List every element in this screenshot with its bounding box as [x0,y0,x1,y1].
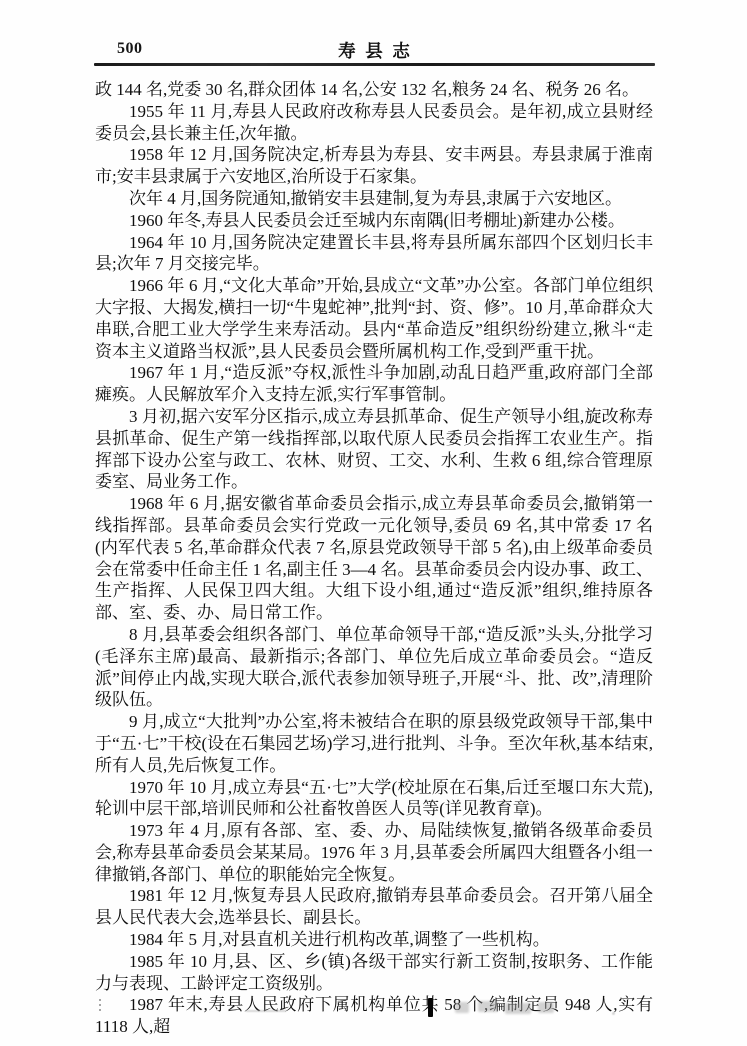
paragraph: 1958 年 12 月,国务院决定,析寿县为寿县、安丰两县。寿县隶属于淮南市;安… [95,144,653,188]
paragraph: 政 144 名,党委 30 名,群众团体 14 名,公安 132 名,粮务 24… [95,79,653,101]
scan-artifact-dash [246,1010,286,1012]
paragraph: 1960 年冬,寿县人民委员会迁至城内东南隅(旧考棚址)新建办公楼。 [95,210,653,232]
scan-artifact-smudge [505,1003,531,1014]
scan-artifact-smudge [478,1001,498,1012]
paragraph: 1964 年 10 月,国务院决定建置长丰县,将寿县所属东部四个区划归长丰县;次… [95,232,653,276]
paragraph: 1973 年 4 月,原有各部、室、委、办、局陆续恢复,撤销各级革命委员会,称寿… [95,820,653,885]
paragraph: 次年 4 月,国务院通知,撤销安丰县建制,复为寿县,隶属于六安地区。 [95,188,653,210]
paragraph: 1955 年 11 月,寿县人民政府改称寿县人民委员会。是年初,成立县财经委员会… [95,101,653,145]
scan-artifact-smudge [538,1002,554,1013]
paragraph: 8 月,县革委会组织各部门、单位革命领导干部,“造反派”头头,分批学习(毛泽东主… [95,624,653,711]
header-divider [94,63,655,66]
scan-artifact-smudge [455,1002,469,1013]
paragraph: 1984 年 5 月,对县直机关进行机构改革,调整了一些机构。 [95,929,653,951]
scan-artifact-bar [428,998,433,1017]
paragraph: 1966 年 6 月,“文化大革命”开始,县成立“文革”办公室。各部门单位组织大… [95,275,653,362]
body-text: 政 144 名,党委 30 名,群众团体 14 名,公安 132 名,粮务 24… [95,79,653,1038]
paragraph: 3 月初,据六安军分区指示,成立寿县抓革命、促生产领导小组,旋改称寿县抓革命、促… [95,406,653,493]
paragraph: 1985 年 10 月,县、区、乡(镇)各级干部实行新工资制,按职务、工作能力与… [95,951,653,995]
scan-artifact-dot [584,1006,588,1010]
paragraph: 1987 年末,寿县人民政府下属机构单位共 58 个,编制定员 948 人,实有… [95,994,653,1038]
scan-artifact-tick [99,999,101,1013]
paragraph: 1967 年 1 月,“造反派”夺权,派性斗争加剧,动乱日趋严重,政府部门全部瘫… [95,362,653,406]
scanned-book-page: 500 寿县志 政 144 名,党委 30 名,群众团体 14 名,公安 132… [0,0,747,1046]
book-title: 寿县志 [95,38,653,63]
paragraph: 1970 年 10 月,成立寿县“五·七”大学(校址原在石集,后迁至堰口东大荒)… [95,777,653,821]
paragraph: 1968 年 6 月,据安徽省革命委员会指示,成立寿县革命委员会,撤销第一线指挥… [95,493,653,624]
paragraph: 1981 年 12 月,恢复寿县人民政府,撤销寿县革命委员会。召开第八届全县人民… [95,885,653,929]
scan-artifact-dot [612,1012,615,1015]
paragraph: 9 月,成立“大批判”办公室,将未被结合在职的原县级党政领导干部,集中于“五·七… [95,711,653,776]
